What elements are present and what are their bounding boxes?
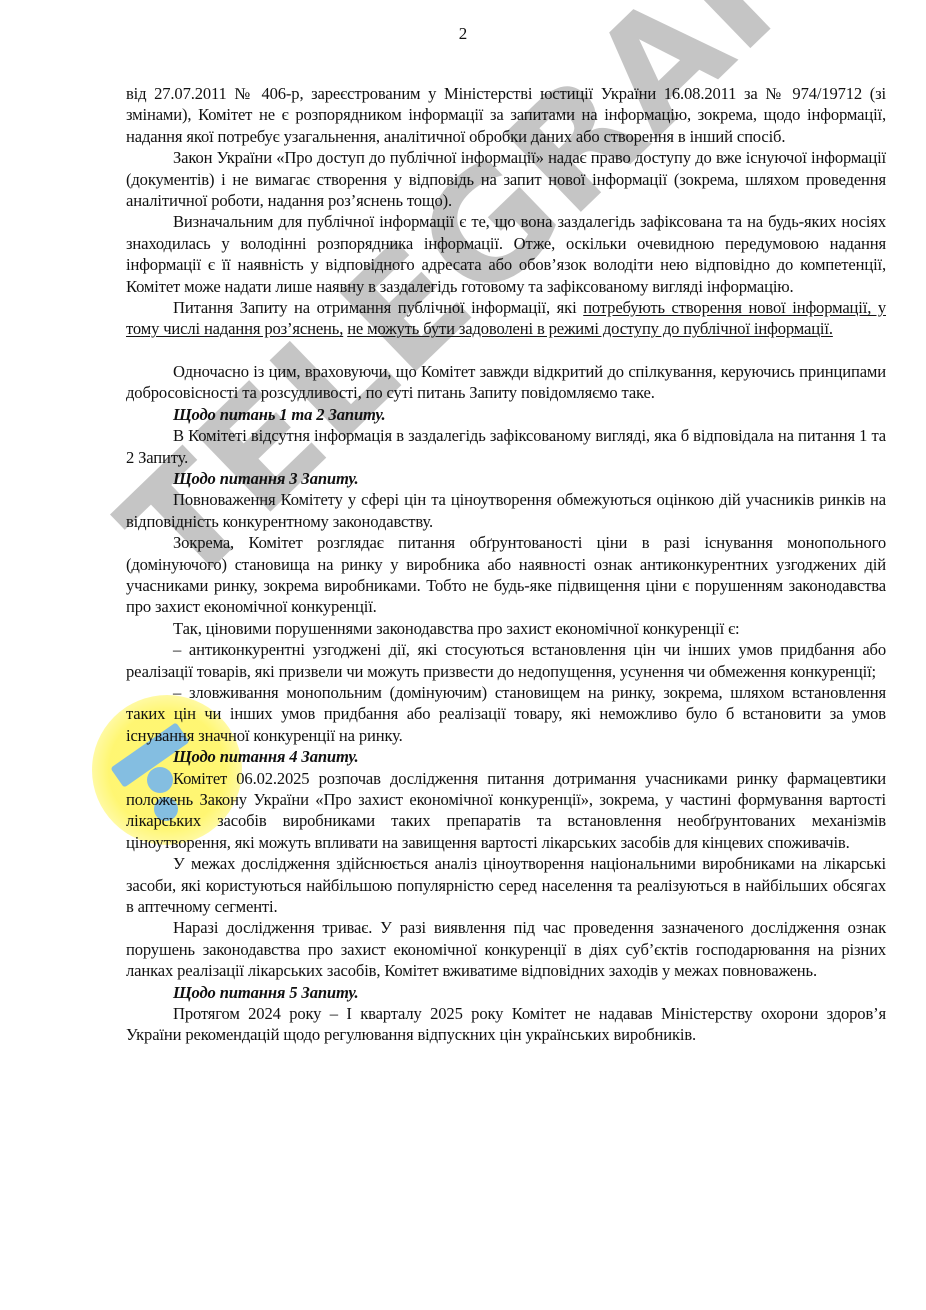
paragraph-continuation: від 27.07.2011 № 406-р, зареєстрованим у… (126, 83, 886, 147)
underlined-text: не можуть бути задоволені в режимі досту… (347, 319, 833, 338)
section-heading-q5: Щодо питання 5 Запиту. (126, 982, 886, 1003)
paragraph: Наразі дослідження триває. У разі виявле… (126, 917, 886, 981)
paragraph: В Комітеті відсутня інформація в заздале… (126, 425, 886, 468)
document-body: від 27.07.2011 № 406-р, зареєстрованим у… (126, 83, 886, 1046)
paragraph-text: Питання Запиту на отримання публічної ін… (173, 298, 583, 317)
list-item: – зловживання монопольним (домінуючим) с… (126, 682, 886, 746)
page-number: 2 (0, 24, 926, 44)
paragraph: Протягом 2024 року – І кварталу 2025 рок… (126, 1003, 886, 1046)
paragraph: Одночасно із цим, враховуючи, що Комітет… (126, 361, 886, 404)
paragraph: Зокрема, Комітет розглядає питання обґру… (126, 532, 886, 618)
paragraph: Визначальним для публічної інформації є … (126, 211, 886, 297)
paragraph: У межах дослідження здійснюється аналіз … (126, 853, 886, 917)
section-heading-q4: Щодо питання 4 Запиту. (126, 746, 886, 767)
paragraph-underlined: Питання Запиту на отримання публічної ін… (126, 297, 886, 340)
section-heading-q1-2: Щодо питань 1 та 2 Запиту. (126, 404, 886, 425)
paragraph: Так, ціновими порушеннями законодавства … (126, 618, 886, 639)
list-item: – антиконкурентні узгоджені дії, які сто… (126, 639, 886, 682)
paragraph: Комітет 06.02.2025 розпочав дослідження … (126, 768, 886, 854)
section-heading-q3: Щодо питання 3 Запиту. (126, 468, 886, 489)
paragraph: Повноваження Комітету у сфері цін та цін… (126, 489, 886, 532)
document-page: 2 TELEGRAF від 27.07.2011 № 406-р, зареє… (0, 0, 926, 1310)
paragraph: Закон України «Про доступ до публічної і… (126, 147, 886, 211)
